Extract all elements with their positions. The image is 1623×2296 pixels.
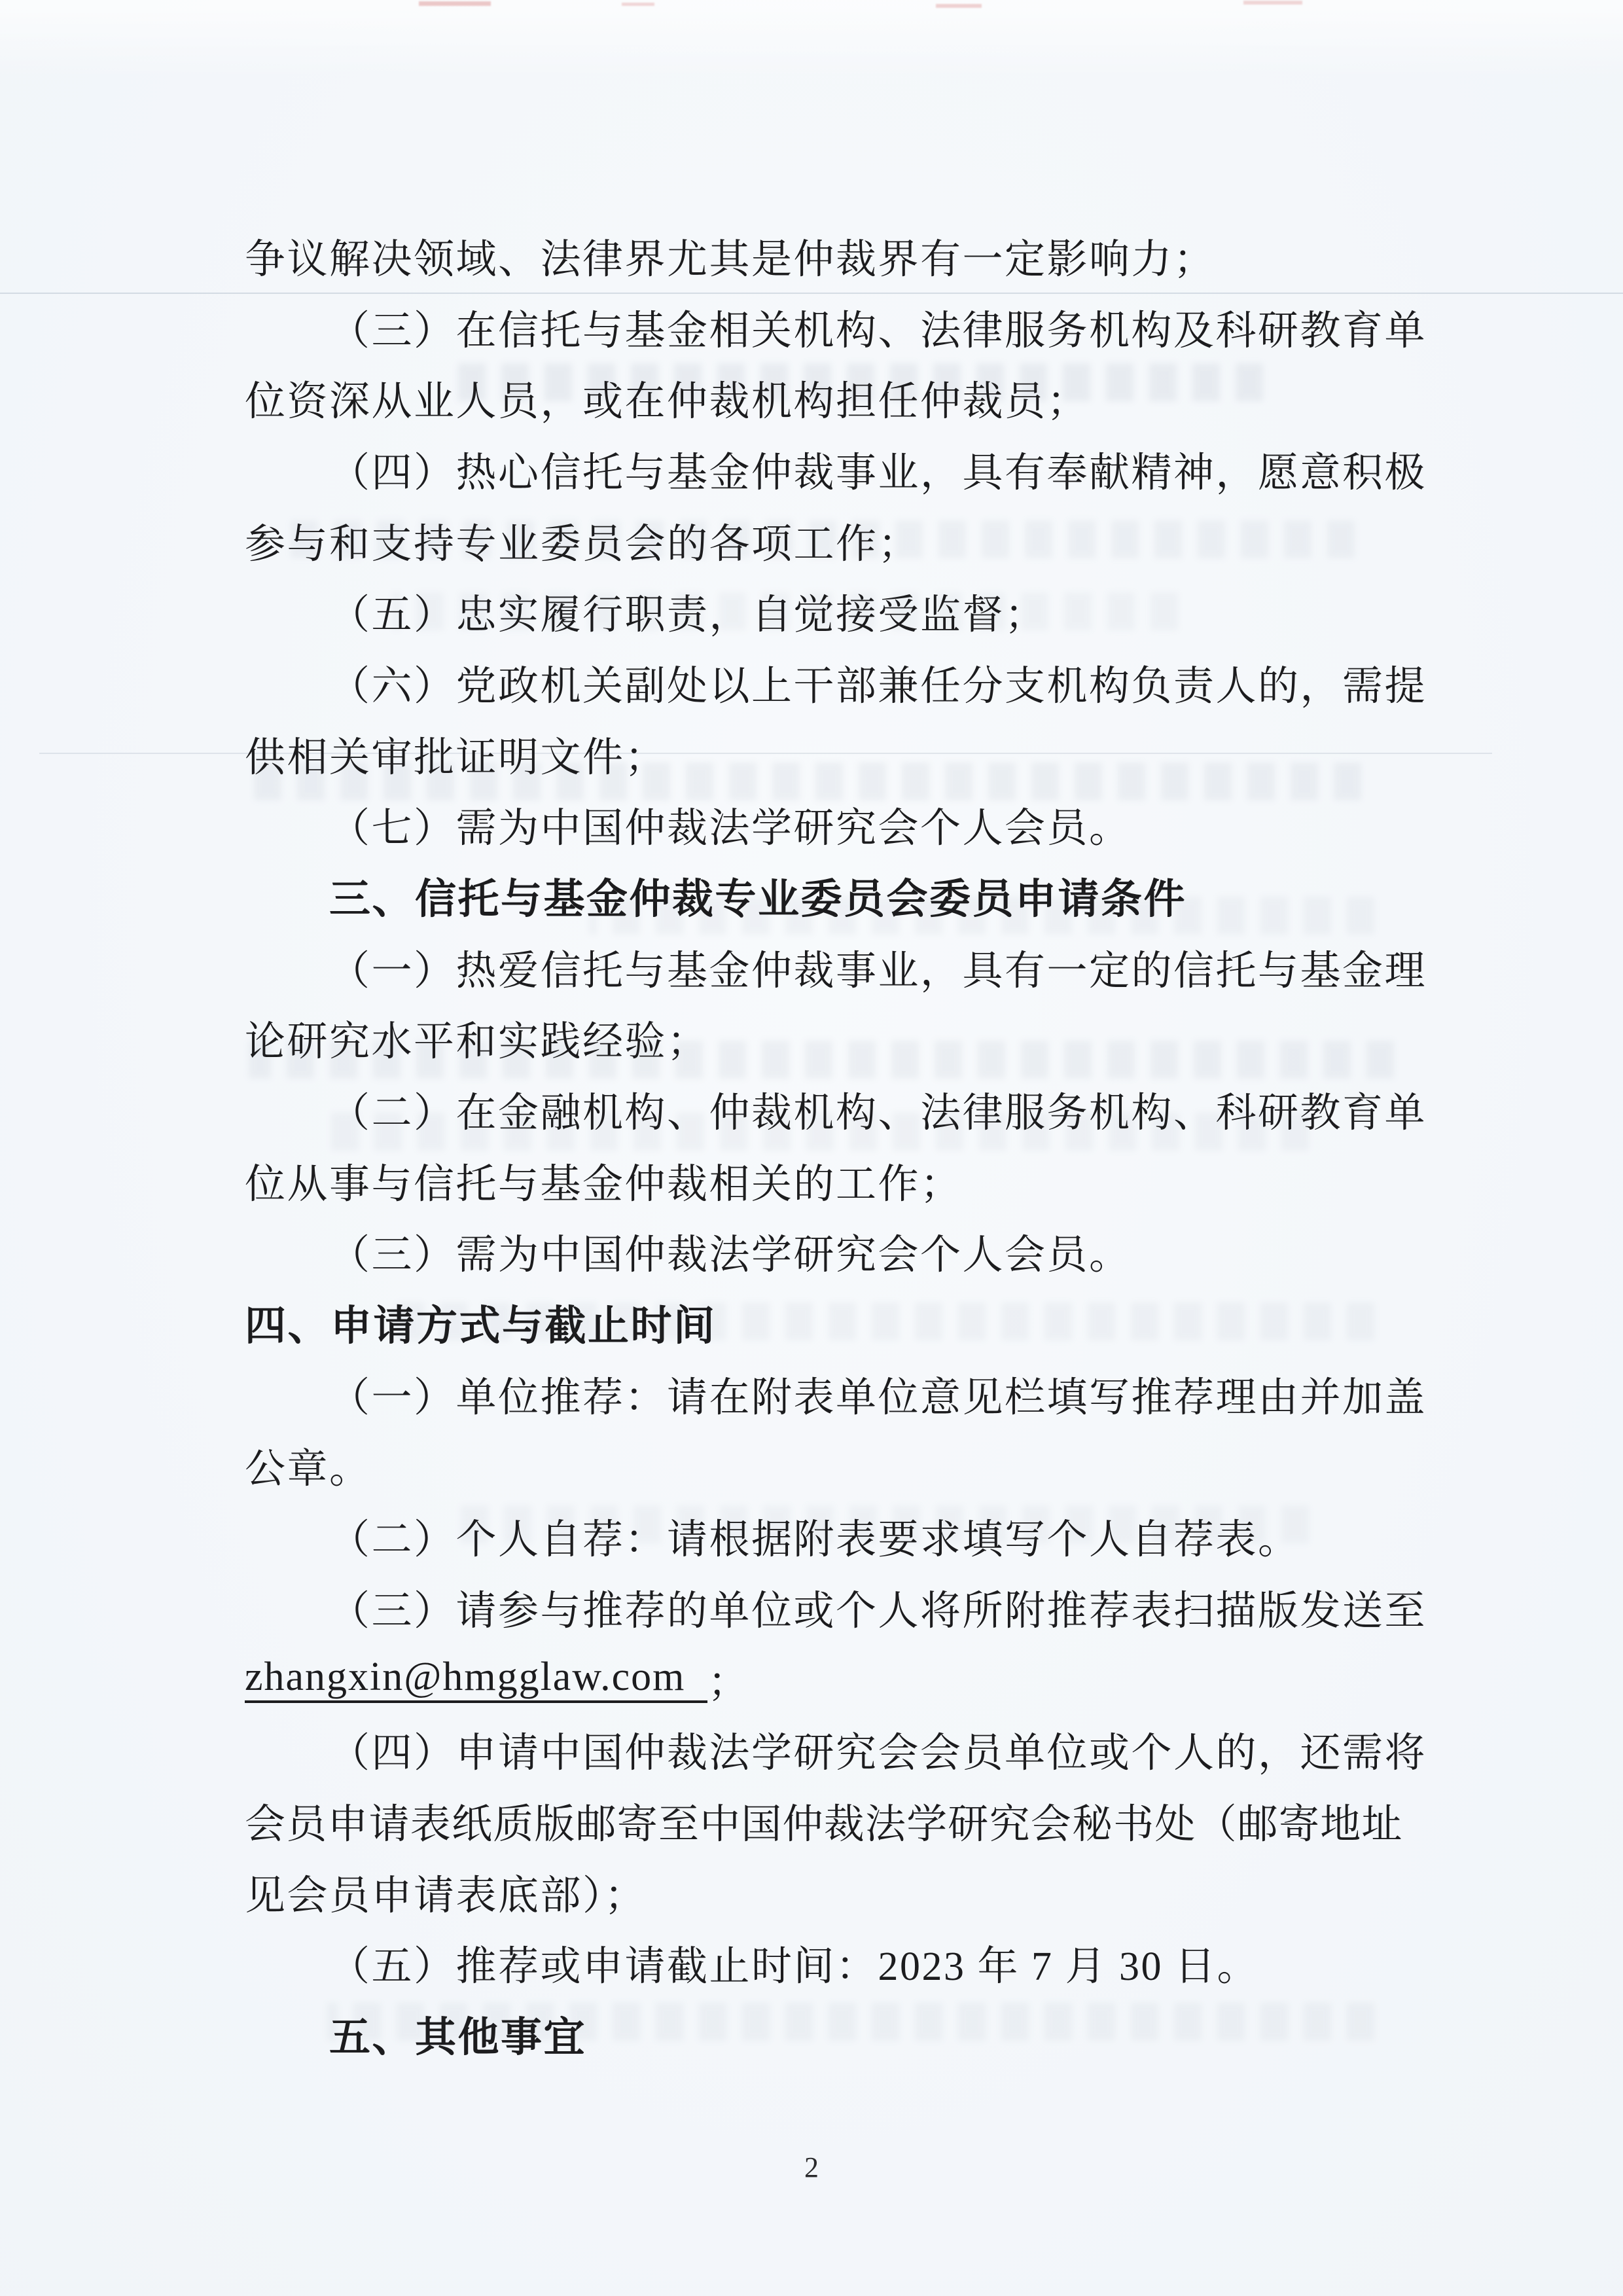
doc-line: 供相关审批证明文件；: [245, 718, 1414, 789]
scanned-document-page: 争议解决领域、法律界尤其是仲裁界有一定影响力； （三）在信托与基金相关机构、法律…: [0, 0, 1623, 2296]
scan-artifact-speck: [936, 4, 982, 8]
doc-line: （二）在金融机构、仲裁机构、法律服务机构、科研教育单: [245, 1073, 1414, 1145]
doc-line: 位从事与信托与基金仲裁相关的工作；: [245, 1145, 1414, 1216]
doc-line: （三）请参与推荐的单位或个人将所附推荐表扫描版发送至: [245, 1571, 1414, 1643]
doc-line: （四）申请中国仲裁法学研究会会员单位或个人的，还需将: [245, 1713, 1414, 1785]
doc-heading-3: 三、信托与基金仲裁专业委员会委员申请条件: [245, 860, 1414, 931]
doc-line: （七）需为中国仲裁法学研究会个人会员。: [245, 789, 1414, 861]
doc-line: 争议解决领域、法律界尤其是仲裁界有一定影响力；: [245, 220, 1414, 291]
email-suffix: ；: [707, 1649, 750, 1708]
doc-heading-5: 五、其他事宜: [245, 1998, 1414, 2070]
doc-line-email: zhangxin@hmgglaw.com；: [245, 1643, 1414, 1714]
doc-line: （六）党政机关副处以上干部兼任分支机构负责人的，需提: [245, 647, 1414, 718]
doc-line: 参与和支持专业委员会的各项工作；: [245, 505, 1414, 576]
doc-line: （四）热心信托与基金仲裁事业，具有奉献精神，愿意积极: [245, 433, 1414, 505]
scan-artifact-speck: [419, 1, 491, 6]
doc-line: （二）个人自荐：请根据附表要求填写个人自荐表。: [245, 1500, 1414, 1571]
scan-artifact-speck: [1243, 1, 1302, 5]
doc-line: 论研究水平和实践经验；: [245, 1003, 1414, 1074]
scan-artifact-speck: [622, 3, 654, 6]
doc-line: （三）在信托与基金相关机构、法律服务机构及科研教育单: [245, 291, 1414, 363]
doc-line: （五）推荐或申请截止时间：2023 年 7 月 30 日。: [245, 1928, 1414, 1999]
document-body: 争议解决领域、法律界尤其是仲裁界有一定影响力； （三）在信托与基金相关机构、法律…: [245, 220, 1414, 2070]
doc-line: （三）需为中国仲裁法学研究会个人会员。: [245, 1216, 1414, 1287]
doc-line: （一）热爱信托与基金仲裁事业，具有一定的信托与基金理: [245, 931, 1414, 1003]
doc-line: （五）忠实履行职责，自觉接受监督；: [245, 575, 1414, 647]
doc-line: 见会员申请表底部）；: [245, 1856, 1414, 1928]
doc-line: 位资深从业人员，或在仲裁机构担任仲裁员；: [245, 362, 1414, 433]
doc-line: （一）单位推荐：请在附表单位意见栏填写推荐理由并加盖: [245, 1358, 1414, 1429]
email-address: zhangxin@hmgglaw.com: [245, 1654, 707, 1703]
doc-line: 会员申请表纸质版邮寄至中国仲裁法学研究会秘书处（邮寄地址: [245, 1785, 1414, 1856]
page-number: 2: [0, 2151, 1623, 2184]
doc-line: 公章。: [245, 1429, 1414, 1501]
doc-heading-4: 四、申请方式与截止时间: [245, 1287, 1414, 1358]
